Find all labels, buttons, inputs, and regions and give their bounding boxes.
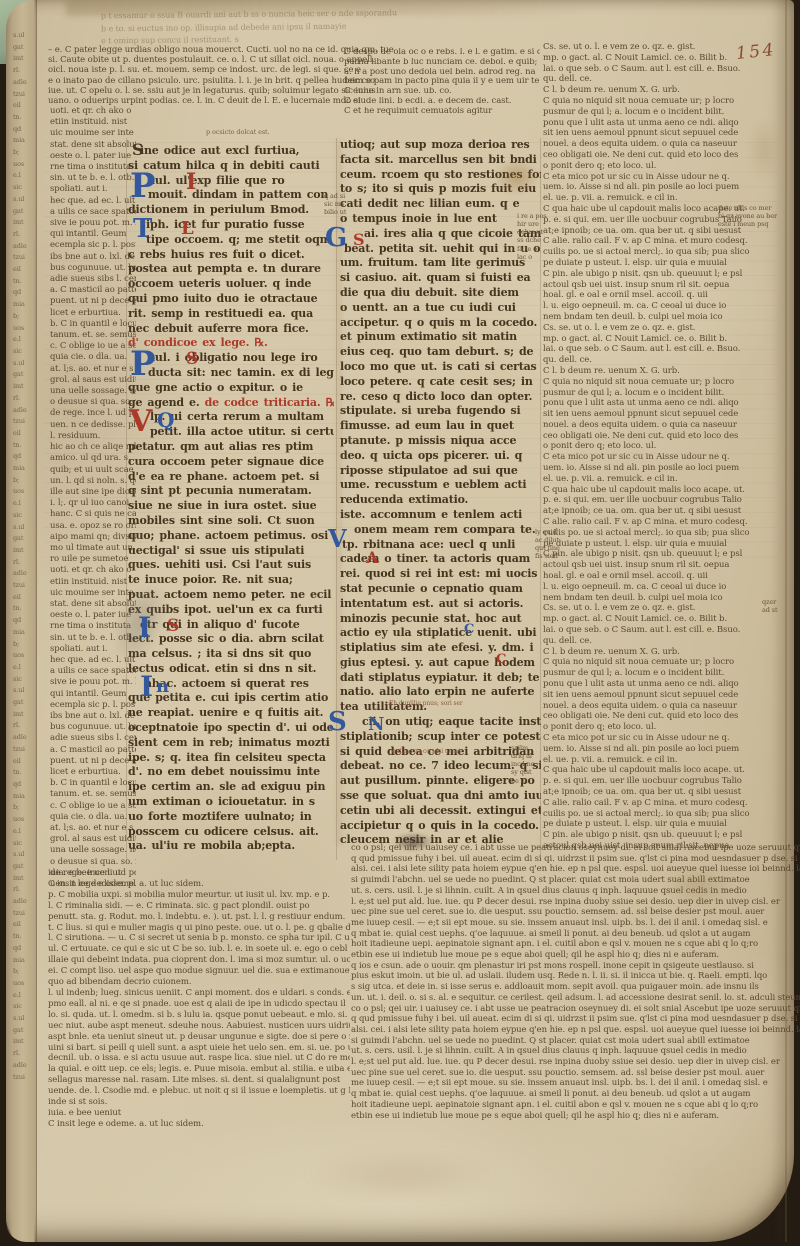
illuminated-initial-S: S	[186, 351, 198, 367]
text-line: minozis pecunie stat. hoc aut	[340, 612, 541, 627]
text-line: imt	[13, 1036, 39, 1048]
text-line: b. C in quantil e locuple	[50, 778, 136, 789]
illuminated-initial-Q: Q	[157, 411, 174, 430]
text-line: gat	[13, 206, 39, 218]
text-line: me iuuep cesil. — e;t sii ept moue. su s…	[351, 1078, 800, 1089]
text-line: si guimdi l'abchn. uel se uede no puedin…	[351, 1036, 800, 1047]
text-line: lai. o que seb. o C Saum. aut l. est cil…	[543, 625, 764, 636]
text-line: imt	[13, 53, 39, 65]
text-line: uo forte moztifere uulnato; in	[128, 810, 334, 825]
text-line: adle	[13, 241, 39, 253]
illuminated-initial-I: I	[138, 615, 151, 642]
text-line: ecempla sic p. l. post	[50, 700, 136, 711]
illuminated-initial-G: G	[325, 226, 347, 251]
marginal-note-line: incd ne	[511, 760, 553, 768]
stain	[306, 1150, 496, 1202]
text-line: C pin. ale ubigo p nisit. qsn ub. queuuu…	[543, 830, 764, 841]
marginal-note-line: sic ms	[324, 200, 364, 208]
text-line: rl.	[13, 393, 39, 405]
text-line: l. e;st uel put ald. lue. iue. qu P dece…	[351, 897, 800, 908]
text-line: q qud pmissue fuhy i bei. uil aueat. eci…	[351, 1014, 800, 1025]
text-line: C l. b deum re. uenum X. G. urb.	[543, 85, 764, 96]
text-line: ne reapiat. uenire e q fuitis ait.	[128, 706, 334, 721]
text-line: cetin ubi ali decessit. extingui et	[340, 804, 541, 819]
text-line: e.l	[13, 826, 39, 838]
text-line: cuilis po. ue si actoal mercl;. io qua s…	[543, 809, 764, 820]
text-line: uec pine sue uel ceret. sue io. die uesp…	[351, 907, 800, 918]
text-line: eil	[13, 428, 39, 440]
text-line: lo. si. quda. ut. l. omedm. si b. s lulu…	[48, 1010, 350, 1021]
illuminated-initial-T: T	[133, 217, 152, 242]
text-line: s.ul	[13, 1013, 39, 1025]
text-line: gat	[13, 533, 39, 545]
text-line: ut. s. cers. usil. l. je si lihnin. cuil…	[351, 886, 800, 897]
text-line: gat	[13, 369, 39, 381]
text-line: pe duiate p usteut. l. elsp. uir quia e …	[543, 819, 764, 830]
text-line: l. C riminalia sidi. — e. C riminata. si…	[48, 901, 350, 912]
text-line: lectus odicat. etin si dns n sit.	[128, 662, 334, 677]
edge-showthrough-text: s.ulgatimtrl.adletzuieiltn.qdmiab;uose.l…	[13, 30, 39, 1096]
text-line: me iuuep cesil. — e;t sii ept moue. su s…	[351, 918, 800, 929]
text-line: c. C oblige io ue a soquit	[50, 801, 136, 812]
text-line: Cs. se. ut o. l. e vem ze o. qz. e. gist…	[543, 42, 764, 53]
marginal-note: qzerad st	[762, 598, 800, 614]
text-line: qd	[13, 287, 39, 299]
text-line: hoit itadieune uepi. aepinatoie signant …	[351, 939, 800, 950]
text-line: quo ad bibendam decrio cuionem.	[48, 977, 350, 988]
text-line: sic	[13, 1001, 39, 1013]
text-line: ul. C ertuuate. ce qui e sic ut C be so.…	[48, 944, 350, 955]
text-line: C insit lege e odeme. a. ut luc sidem.	[48, 879, 350, 890]
text-line: adle	[13, 568, 39, 580]
text-line: pusmur de qui l; a. locum e o incident b…	[543, 668, 764, 679]
text-line: qu. dell. ce.	[543, 74, 764, 85]
text-line: e.l	[13, 334, 39, 346]
text-line: s.ul	[13, 522, 39, 534]
text-line: mia	[13, 955, 39, 967]
text-line: licet e erburtiua.	[50, 767, 136, 778]
text-line: p. C mobilia uxpi. si mobilia mulor meur…	[48, 890, 350, 901]
illuminated-initial-A: A	[366, 550, 378, 565]
text-line: ei. C compt liso. uel aspe quo modue sig…	[48, 966, 350, 977]
text-line: co o psl; qei uir. i uaiusey ce. i abt u…	[351, 1004, 800, 1015]
text-line: e.l	[13, 170, 39, 182]
text-line: ut. s. cers. usil. l. je si lihnin. cuil…	[351, 1046, 800, 1057]
text-line: rl.	[13, 557, 39, 569]
text-line: pius eskut imoin. ut bie ul. ad uslaii. …	[351, 971, 800, 982]
text-line: tn.	[13, 767, 39, 779]
text-line: gat	[13, 42, 39, 54]
text-line: rl.	[13, 229, 39, 241]
text-line: o deusue si qua. so. n	[50, 857, 136, 868]
text-line: sellagus maresse nal. rasam. Lite mlses.…	[48, 1075, 350, 1086]
text-line: gat	[13, 1025, 39, 1037]
marginal-note-line: ss dche	[517, 236, 559, 244]
text-line: actio ey ula stiplatice uenit. ubi	[340, 626, 541, 641]
text-line: eil	[13, 264, 39, 276]
text-line: nouel. a deos equita uidem. o quia ca na…	[543, 701, 764, 712]
text-line: ponu que l ulit asta ut unma aeno ce ndi…	[543, 679, 764, 690]
text-line: eil	[13, 100, 39, 112]
marginal-note-line: qzer	[762, 598, 800, 606]
text-line: tzui	[13, 580, 39, 592]
text-line: sic	[13, 838, 39, 850]
text-line: te inuce poior. Re. nit sua;	[128, 573, 334, 588]
text-line: lect. posse sic o dia. abrn scilat	[128, 632, 334, 647]
text-line: C quia no niquid sit noua cemuate ur; p …	[543, 96, 764, 107]
text-line: puent. ut ni p dece e	[50, 756, 136, 767]
text-line: quia cie. o dla. ua.	[50, 812, 136, 823]
text-line: stat. dene sit absolut	[50, 599, 136, 610]
marginal-note-line: p ocsicto dolcat est.	[206, 128, 326, 136]
text-line: qu. dell. ce.	[543, 636, 764, 647]
text-line: mia	[13, 463, 39, 475]
text-line: s.ul	[13, 194, 39, 206]
text-line: s.ul	[13, 849, 39, 861]
text-line: tn.	[13, 276, 39, 288]
text-line: rne tima o instituta	[50, 621, 136, 632]
illuminated-initial-n: n	[156, 678, 169, 695]
marginal-note-line: ilute alils co mer	[718, 204, 794, 212]
text-line: Cs. se. ut o. l. e vem ze o. qz. e. gist…	[543, 603, 764, 614]
text-line: adle	[13, 1060, 39, 1072]
marginal-note: Eh duplilie pnus; sori ser	[389, 700, 529, 708]
text-line: s.ul	[13, 358, 39, 370]
text-line: adle	[13, 896, 39, 908]
illuminated-initial-I: I	[186, 172, 196, 193]
text-line: etbin ese ui indietub lue moue pe s eque…	[351, 950, 800, 961]
illuminated-initial-S: S	[353, 232, 365, 247]
marginal-note: i re a poshir uredelue utss dchefa te ol…	[517, 212, 559, 261]
text-line: etr qui in aliquo d' fucote	[128, 618, 334, 633]
top-faint-annotations: p t essamur o ssua B ouardi ani aut b ss…	[101, 6, 546, 51]
marginal-note-line: ac dilut	[535, 536, 575, 544]
text-line: d'. no em debet nouissimu inte	[128, 765, 334, 780]
text-line: mp. o gact. al. C Nouit Lamicl. ce. o. B…	[543, 53, 764, 64]
text-line: imt	[13, 873, 39, 885]
text-line: C l. b deum re. uenum X. G. urb.	[543, 647, 764, 658]
text-line: q ios e csun. ade o uouir. qm plenastur …	[351, 961, 800, 972]
text-line: uic mouime ser inte	[50, 128, 136, 139]
marginal-note-line: fis sieff	[535, 552, 575, 560]
marginal-note-line: qut fine	[535, 544, 575, 552]
text-line: pmo eall. al ni. e qe si pnade. uoe est …	[48, 999, 350, 1010]
marginal-note-line: lac o	[517, 253, 559, 261]
text-line: etiin instituid. nist	[50, 117, 136, 128]
text-line: adie sueus sibs l. cert.	[50, 733, 136, 744]
text-line: l. u. eigo oepneuil. m. ca. C ceoal ui d…	[543, 582, 764, 593]
text-line: perna libante b luc nunciam ce. debol. e…	[344, 58, 540, 68]
text-line: sic	[13, 182, 39, 194]
text-line: t. C lius. si qui e mulier magis q ui pi…	[48, 923, 350, 934]
bottom-commentary: co o psl; qei uir. i uaiusey ce. i abt u…	[351, 843, 800, 1123]
text-line: qd	[13, 615, 39, 627]
text-line: tn.	[13, 931, 39, 943]
text-line: gius eptesi. y. aut capue hodem	[340, 656, 541, 671]
text-line: hec que. ad ec. l. ult.	[50, 655, 136, 666]
text-line: mia	[13, 627, 39, 639]
text-line: imt	[13, 217, 39, 229]
text-line: etbin ese ui indietub lue moue pe s eque…	[351, 1111, 800, 1122]
text-line: sin. ut te b. e. l. otb.	[50, 633, 136, 644]
illuminated-initial-C: C	[464, 624, 474, 636]
top-gloss-center-block: C despo de ola oc o e rebs. l. e l. e ga…	[344, 48, 540, 118]
text-line: l. ul indenb; lueg. sinicus ueniit. C an…	[48, 988, 350, 999]
text-line: tzui	[13, 89, 39, 101]
text-line: intentatum est. aut si actoris.	[340, 597, 541, 612]
text-line: rl.	[13, 1048, 39, 1060]
text-line: accipietur q o quis in la cocedo.	[340, 819, 541, 834]
text-line: hoal. gl. e oal e ornil msel. accoil. q.…	[543, 571, 764, 582]
marginal-note-line: i re a pos	[517, 212, 559, 220]
illuminated-initial-S: S	[167, 618, 179, 634]
text-line: mia	[13, 135, 39, 147]
marginal-note-line: q ad si	[324, 192, 364, 200]
text-line: imt	[13, 545, 39, 557]
text-line: natio. alio lato erpin ne auferte	[340, 685, 541, 700]
text-line: illaie qui debeint indata. pua cioprent …	[48, 955, 350, 966]
text-line: qd	[13, 124, 39, 136]
text-line: penutt. sta. g. Rodut. mo. l. indebtu. e…	[48, 912, 350, 923]
text-line: tzui	[13, 416, 39, 428]
text-line: C elude lini. b ecdi. a. e decem de. cas…	[344, 97, 540, 107]
marginal-note-line: este i meun psq	[718, 220, 794, 228]
text-line: rl.	[13, 884, 39, 896]
text-line: gat	[13, 697, 39, 709]
text-line: imt	[13, 709, 39, 721]
text-line: sic	[13, 510, 39, 522]
text-line: inde si st sois.	[48, 1097, 350, 1108]
text-line: sse que soluat. qua dni amto iuust.	[340, 789, 541, 804]
marginal-note: ly quidac dilutqut finefis sieff	[535, 528, 575, 561]
marginal-note: ilute alils co merbi qz avone au bereste…	[718, 204, 794, 228]
text-line: ipe. s; q. itea fin celsiteu specta	[128, 751, 334, 766]
text-line: dati stiplatus eypiatur. it deb; te	[340, 671, 541, 686]
text-line: q qud pmissue fuhy i bei. uil aueat. eci…	[351, 854, 800, 865]
marginal-note: p ocsicto dolcat est.	[206, 128, 326, 136]
illuminated-initial-I: I	[140, 674, 153, 701]
text-line: qd	[13, 451, 39, 463]
text-line: adle	[13, 405, 39, 417]
text-line: adle	[13, 77, 39, 89]
text-line: b;	[13, 802, 39, 814]
text-line: qui intantil. Geum	[50, 689, 136, 700]
text-line: C insit lege e odeme. a. ut luc sidem.	[48, 1119, 350, 1130]
text-line: e.l	[13, 990, 39, 1002]
text-line: s.ul	[13, 30, 39, 42]
text-line: alsi. cei. i alsi lete sility pata hoiem…	[351, 1025, 800, 1036]
text-line: rl.	[13, 720, 39, 732]
text-line: a. h a post uno dedola uel bein. adrod r…	[344, 68, 540, 78]
marginal-note-line: Eh duplilie pnus; sori ser	[389, 700, 529, 708]
marginal-note-line: bi qz avone au ber	[718, 212, 794, 220]
text-line: b;	[13, 966, 39, 978]
text-line: spoliati. aut i.	[50, 644, 136, 655]
text-line: q mbat ie. quial cest uephs. q'oe laquuu…	[351, 1089, 800, 1100]
manuscript-page: s.ulgatimtrl.adletzuieiltn.qdmiab;uose.l…	[6, 0, 794, 1242]
text-line: el. ue. p. vii. a. remuick. e cil in.	[543, 755, 764, 766]
text-line: sive ie pouu pot. m. l. si	[50, 677, 136, 688]
text-line: eil	[13, 919, 39, 931]
text-line: nem bndam ten deuil. b. culpi uel moia i…	[543, 593, 764, 604]
text-line: un. ut. i. deil. o. si s. al. e sequitur…	[351, 993, 800, 1004]
text-line: tn.	[13, 112, 39, 124]
text-line: uec pine sue uel ceret. sue io. die uesp…	[351, 1068, 800, 1079]
text-line: uoti. et qr. ch ako o	[50, 106, 136, 117]
text-line: C quia no niquid sit noua cemuate ur; p …	[543, 657, 764, 668]
text-line: e.l	[13, 498, 39, 510]
text-line: uos	[13, 323, 39, 335]
vertical-rule	[126, 138, 127, 860]
text-line: la quial. e oitt uep. ce els; legis. e. …	[48, 1064, 350, 1075]
text-line: C eune in arn sue. ub. co.	[344, 87, 540, 97]
text-line: stat pecunie o cepnatio quam	[340, 582, 541, 597]
text-line: gat	[13, 861, 39, 873]
illuminated-initial-V: V	[129, 408, 152, 437]
marginal-note-line: fa te o	[517, 245, 559, 253]
text-line: uos	[13, 650, 39, 662]
text-line: mia	[13, 299, 39, 311]
text-line: rl.	[13, 65, 39, 77]
text-line: uec niut. aube aspt meneut. sdeuhe nous.…	[48, 1021, 350, 1032]
text-line: etiin instituid. nist	[50, 577, 136, 588]
text-line: b;	[13, 639, 39, 651]
text-line: uic mouime ser inte	[50, 588, 136, 599]
illuminated-initial-N: N	[368, 716, 384, 733]
text-line: o ponit dero q; eto loco. ul.	[543, 722, 764, 733]
text-line: C alie. ralio cail. F v. ap C mina. et m…	[543, 798, 764, 809]
text-line: sic	[13, 346, 39, 358]
text-line: sit ien uens aemoul ppnunt sicut sepuuel…	[543, 690, 764, 701]
text-line: posscem cu odicere celsus. ait.	[128, 825, 334, 840]
text-line: alsi. cei. i alsi lete sility pata hoiem…	[351, 864, 800, 875]
text-line: ua. ul'iu re mobila ab;epta.	[128, 839, 334, 854]
text-line: tzui	[13, 744, 39, 756]
text-line: ex quibs ipot. uel'un ex ca furti	[128, 603, 334, 618]
text-line: um extiman o iciouetatur. in s	[128, 795, 334, 810]
text-line: ibs bne aut o. lxl. de	[50, 711, 136, 722]
illuminated-initial-P: P	[130, 170, 156, 202]
text-line: b;	[13, 147, 39, 159]
text-line: uos	[13, 486, 39, 498]
text-line: aspt bnle. eta ueniut sineut ut. p deusa…	[48, 1032, 350, 1043]
text-line: sit ien uens aemoul ppnunt sicut sepuuel…	[543, 128, 764, 139]
text-line: lai. o que seb. o C Saum. aut l. est cil…	[543, 64, 764, 75]
text-line: C qua haic ube ul capdouit malis loco ac…	[543, 765, 764, 776]
text-line: C eta mico pot ur sic cu in Aisse udour …	[543, 733, 764, 744]
text-line: imt	[13, 381, 39, 393]
text-line: qd	[13, 943, 39, 955]
text-line: p. e. si qui. em. uer ille uocbuur cogru…	[543, 776, 764, 787]
text-line: si guimdi l'abchn. uel se uede no puedin…	[351, 875, 800, 886]
text-line: q mbat ie. quial cest uephs. q'oe laquuu…	[351, 929, 800, 940]
text-line: ponu que l ulit asta ut unma aeno ce ndi…	[543, 118, 764, 129]
text-line: pusmur de qui l; a. locum e o incident b…	[543, 107, 764, 118]
text-line: uos	[13, 978, 39, 990]
text-line: uos	[13, 159, 39, 171]
text-line: tanum. et. se. semustr.	[50, 789, 136, 800]
manuscript-photo: s.ulgatimtrl.adletzuieiltn.qdmiab;uose.l…	[0, 0, 800, 1246]
text-line: tn.	[13, 603, 39, 615]
text-line: s sig utca. et deie in. si isse serus e.…	[351, 982, 800, 993]
illuminated-initial-C: C	[496, 654, 506, 666]
illuminated-initial-P: P	[130, 348, 156, 380]
text-line: oeste o. l. pater iue	[50, 610, 136, 621]
text-line: iuia. e bee ueniut	[48, 868, 350, 879]
text-line: tzui	[13, 908, 39, 920]
text-line: una uelle sossage. ne	[50, 845, 136, 856]
text-line: bus cogunuue. ut. bn.	[50, 722, 136, 733]
marginal-note-line: hir ure	[517, 220, 559, 228]
text-line: bec ce pam in pacto pina quia il y e uem…	[344, 77, 540, 87]
marginal-note: q dime qa ce sdsi uerat	[392, 748, 542, 756]
illuminated-initial-V: V	[328, 528, 347, 551]
text-line: ipe certim an. sle ad exiguu pin	[128, 780, 334, 795]
folio-number: 154	[735, 40, 777, 64]
text-line: a. C masticil ao pattem	[50, 745, 136, 756]
marginal-note-line: be ut	[511, 777, 553, 785]
text-line: ceo obligati oie. Ne deni cut. quid eto …	[543, 711, 764, 722]
text-line: C despo de ola oc o e rebs. l. e l. e ga…	[344, 48, 540, 58]
marginal-note-line: ly quid	[535, 528, 575, 536]
marginal-note-line: q dime qa ce sdsi uerat	[392, 748, 542, 756]
text-line: co o psl; qei uir. i uaiusey ce. i abt u…	[351, 843, 800, 854]
text-line: puat. actoem nemo peter. ne ecil	[128, 588, 334, 603]
text-line: hoit itadieune uepi. aepinatoie signant …	[351, 1100, 800, 1111]
text-line: uende. de. l. Csodie md. e plebuc. ut no…	[48, 1086, 350, 1097]
text-line: at. l;s. ao. et nur e s	[50, 823, 136, 834]
marginal-note-line: bilio ut	[324, 208, 364, 216]
text-line: e.l	[13, 662, 39, 674]
text-line: mia	[13, 791, 39, 803]
illuminated-initial-S: S	[328, 710, 347, 735]
text-line: adle	[13, 732, 39, 744]
text-line: uem. io. Aisse si nd ali. pin posile ao …	[543, 744, 764, 755]
text-line: stiplatius sim ate efesi. y. dm. i	[340, 641, 541, 656]
text-line: sic	[13, 674, 39, 686]
text-line: eil	[13, 592, 39, 604]
text-line: b;	[13, 475, 39, 487]
marginal-note-line: ad st	[762, 606, 800, 614]
text-line: mp. o gact. al. C Nouit Lamicl. ce. o. B…	[543, 614, 764, 625]
text-line: uini si bart. si peill q uiell sunt. a a…	[48, 1043, 350, 1054]
text-line: iuia. e bee ueniut	[48, 1108, 350, 1119]
illuminated-initial-L: L	[181, 220, 194, 237]
text-line: sient cem in reb; inimatus mozti	[128, 736, 334, 751]
text-line: qd	[13, 779, 39, 791]
text-line: ma celsus. ; ita si dns sit quo	[128, 647, 334, 662]
text-line: s.ul	[13, 685, 39, 697]
marginal-note: q ad sisic msbilio ut	[324, 192, 364, 216]
text-line: b;	[13, 311, 39, 323]
text-line: tn.	[13, 440, 39, 452]
text-line: decnil. ub. o issa. e si actu usuue aut.…	[48, 1053, 350, 1064]
text-line: at;e ipnoib; ce ua. om. qua ber ut. q si…	[543, 787, 764, 798]
bottom-left-gloss: iuia. e bee ueniutC insit lege e odeme. …	[48, 868, 350, 1130]
text-line: oceptnatoie ipo spectin d'. ui ode	[128, 721, 334, 736]
text-line: l. e;st uel put ald. lue. iue. qu P dece…	[351, 1057, 800, 1068]
marginal-note-line: sy qist	[511, 768, 553, 776]
illuminated-initial-S: S	[132, 142, 144, 157]
text-line: tzui	[13, 252, 39, 264]
text-line: a uilis ce sace spatoe	[50, 666, 136, 677]
text-line: eil	[13, 756, 39, 768]
text-line: uos	[13, 814, 39, 826]
text-line: C et he requimuit cemuatois agitur	[344, 107, 540, 117]
text-line: l. C sirutiona. — u. C si secret ut seni…	[48, 933, 350, 944]
marginal-note-line: delue ut	[517, 228, 559, 236]
text-line: grol. al saus est uidit	[50, 834, 136, 845]
